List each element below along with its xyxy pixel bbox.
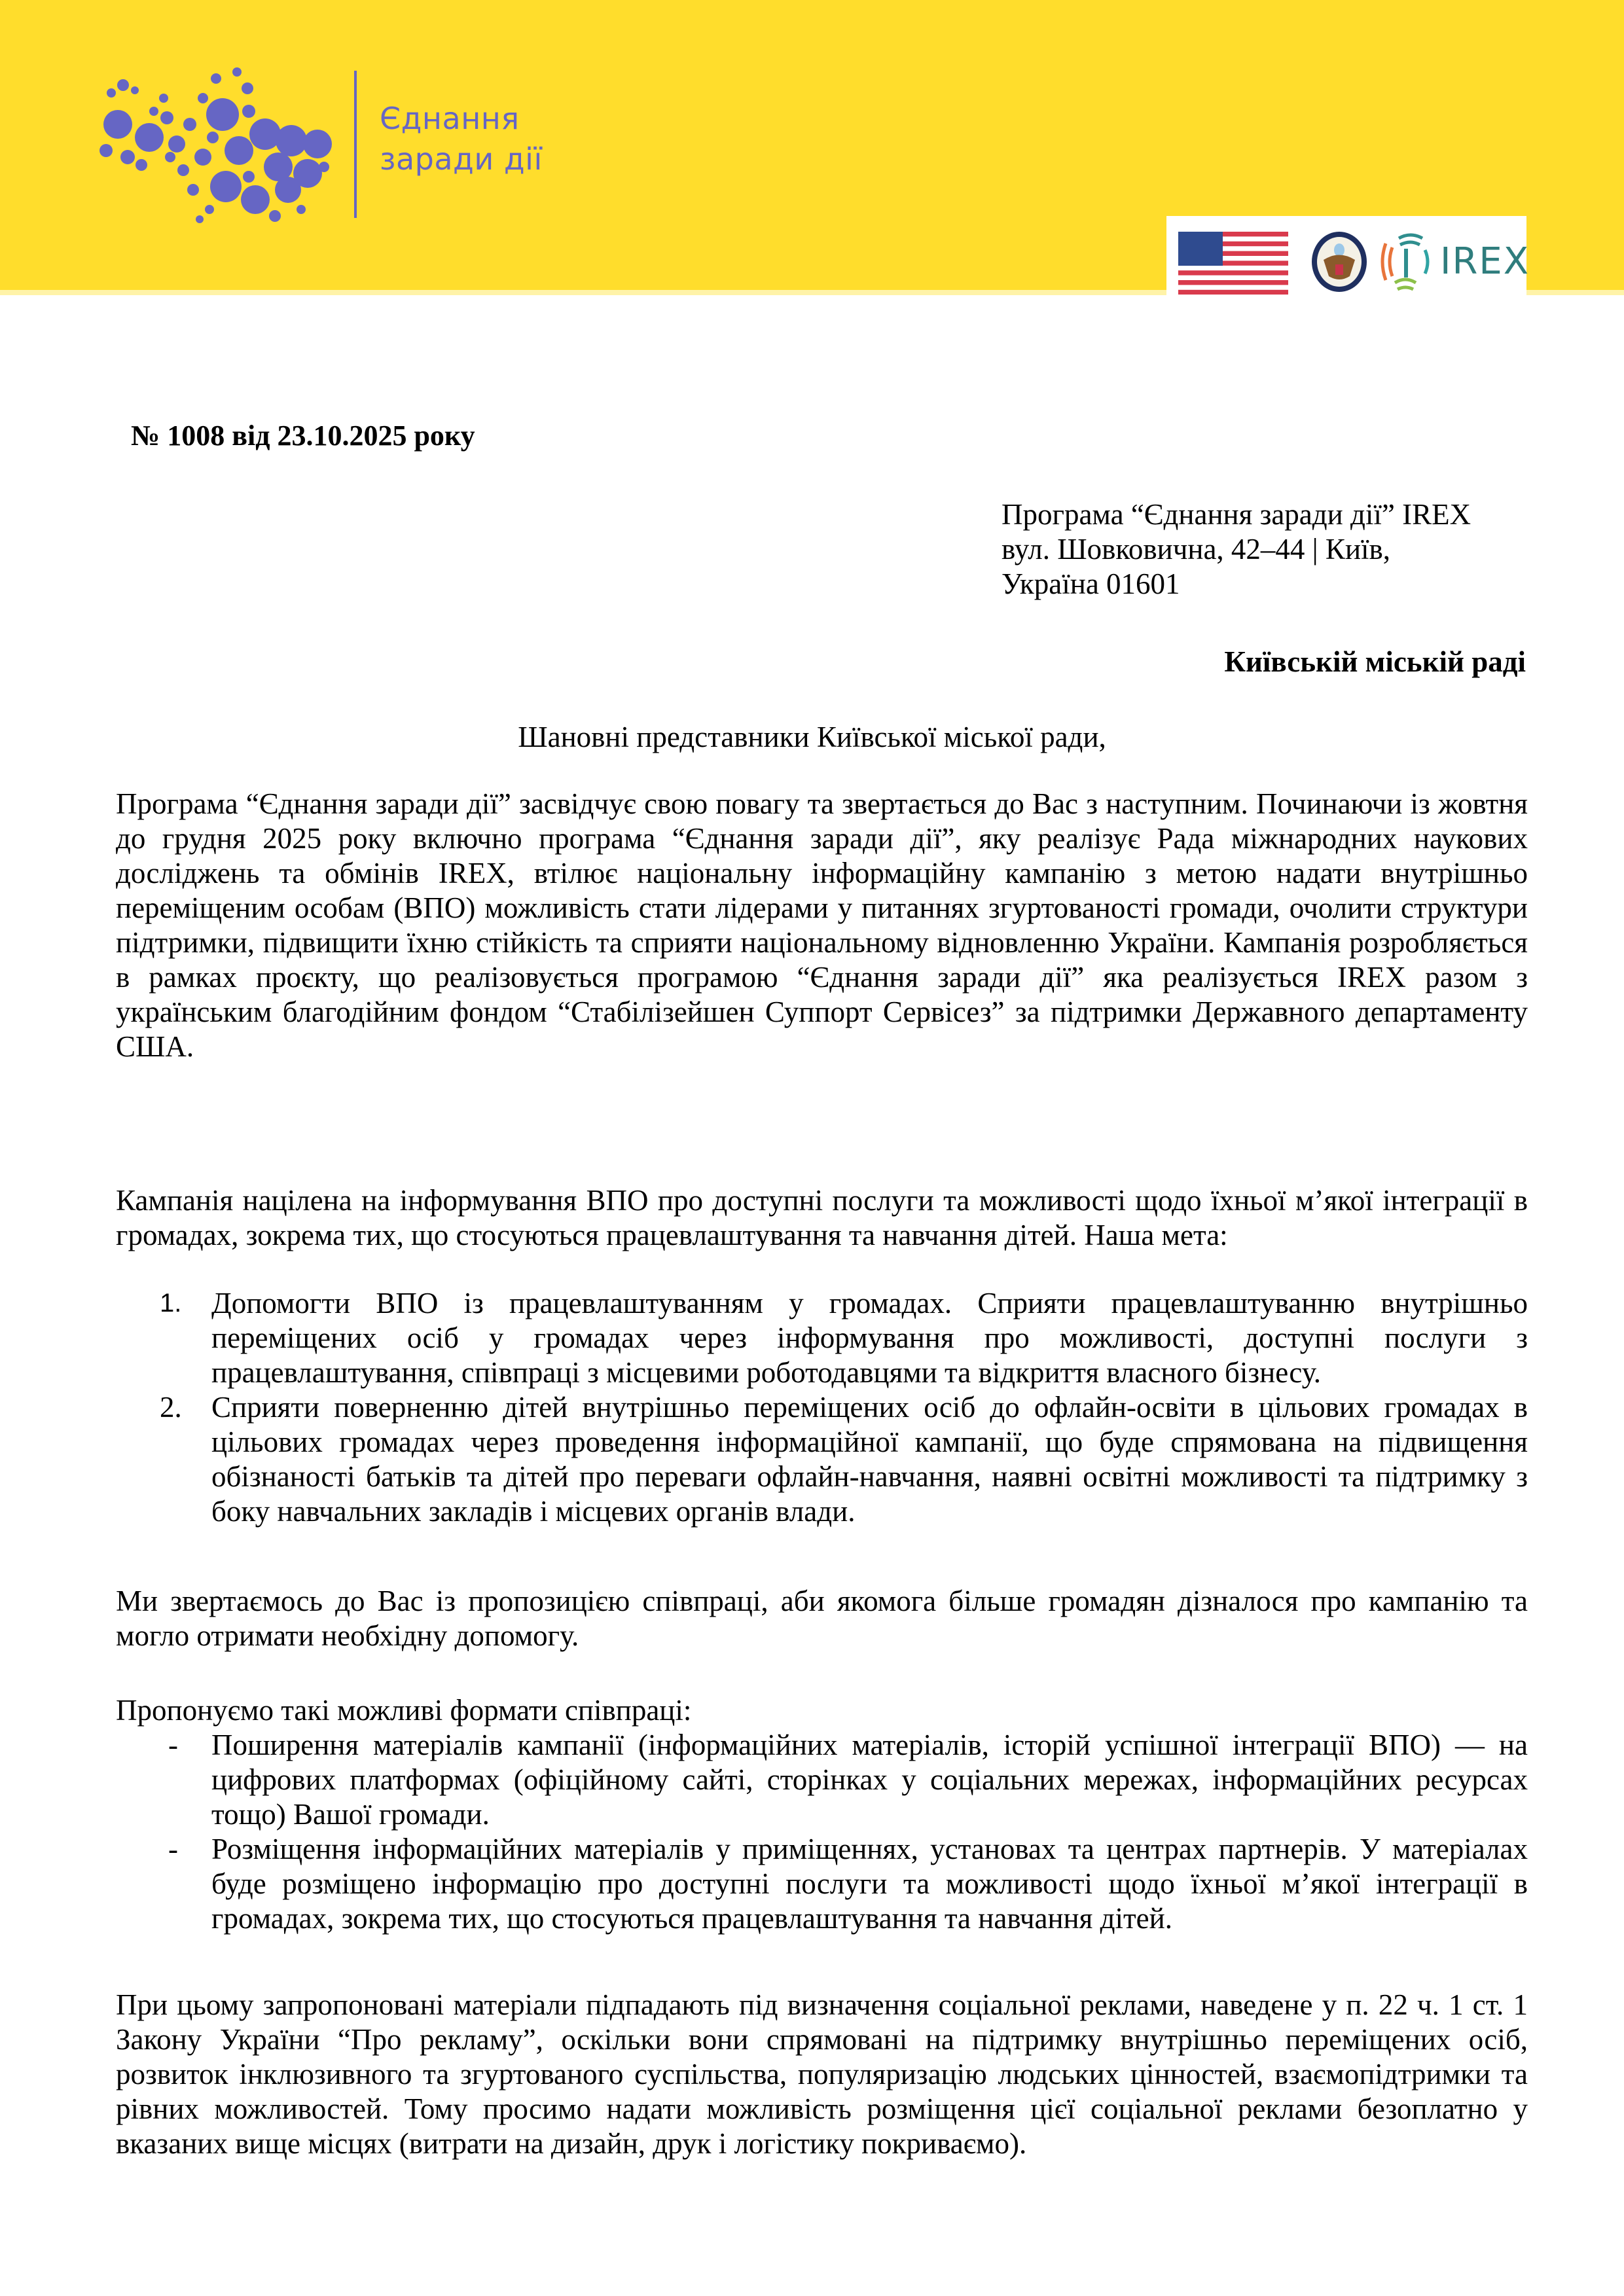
- social-advertising-paragraph: При цьому запропоновані матеріали підпад…: [116, 1988, 1528, 2161]
- program-logo-line2: заради дії: [380, 139, 543, 179]
- list-item: - Розміщення інформаційних матеріалів у …: [116, 1832, 1528, 1936]
- paragraph: При цьому запропоновані матеріали підпад…: [116, 1988, 1528, 2161]
- partner-logos: IREX: [1166, 216, 1526, 295]
- formats-list: - Поширення матеріалів кампанії (інформа…: [116, 1728, 1528, 1936]
- list-item-text: Поширення матеріалів кампанії (інформаці…: [211, 1729, 1528, 1831]
- paragraph: Пропонуємо такі можливі формати співпрац…: [116, 1693, 1528, 1728]
- list-item-text: Допомогти ВПО із працевлаштуванням у гро…: [211, 1287, 1528, 1389]
- list-item-text: Сприяти поверненню дітей внутрішньо пере…: [211, 1391, 1528, 1528]
- list-item: - Поширення матеріалів кампанії (інформа…: [116, 1728, 1528, 1832]
- list-dash: -: [168, 1832, 178, 1867]
- sender-line: Програма “Єднання заради дії” IREX: [1001, 497, 1471, 532]
- list-number: 2.: [160, 1390, 182, 1425]
- program-logo-text: Єднання заради дії: [380, 98, 543, 179]
- sender-line: вул. Шовковична, 42–44 | Київ,: [1001, 532, 1471, 567]
- list-number: 1.: [160, 1286, 181, 1321]
- letter-reference-number: № 1008 від 23.10.2025 року: [131, 419, 475, 452]
- cooperation-paragraph: Ми звертаємось до Вас із пропозицією спі…: [116, 1584, 1528, 1653]
- list-item-text: Розміщення інформаційних матеріалів у пр…: [211, 1833, 1528, 1935]
- formats-intro: Пропонуємо такі можливі формати співпрац…: [116, 1693, 1528, 1728]
- list-dash: -: [168, 1728, 178, 1763]
- sender-address: Програма “Єднання заради дії” IREX вул. …: [1001, 497, 1471, 601]
- irex-wordmark: IREX: [1440, 242, 1530, 281]
- logo-divider: [354, 71, 357, 218]
- paragraph: Ми звертаємось до Вас із пропозицією спі…: [116, 1584, 1528, 1653]
- state-department-seal-icon: [1310, 230, 1368, 293]
- recipient: Київській міській раді: [1224, 645, 1526, 679]
- salutation: Шановні представники Київської міської р…: [0, 720, 1624, 754]
- intro-paragraph: Програма “Єднання заради дії” засвідчує …: [116, 787, 1528, 1064]
- list-item: 1. Допомогти ВПО із працевлаштуванням у …: [116, 1286, 1528, 1390]
- ukraine-map-dots-icon: [92, 59, 340, 229]
- goals-list: 1. Допомогти ВПО із працевлаштуванням у …: [116, 1286, 1528, 1529]
- campaign-paragraph: Кампанія націлена на інформування ВПО пр…: [116, 1183, 1528, 1253]
- list-item: 2. Сприяти поверненню дітей внутрішньо п…: [116, 1390, 1528, 1529]
- program-logo-line1: Єднання: [380, 98, 543, 139]
- paragraph: Програма “Єднання заради дії” засвідчує …: [116, 787, 1528, 1064]
- sender-line: Україна 01601: [1001, 567, 1471, 601]
- us-flag-icon: [1178, 232, 1288, 295]
- paragraph: Кампанія націлена на інформування ВПО пр…: [116, 1183, 1528, 1253]
- irex-mark-icon: [1379, 230, 1432, 293]
